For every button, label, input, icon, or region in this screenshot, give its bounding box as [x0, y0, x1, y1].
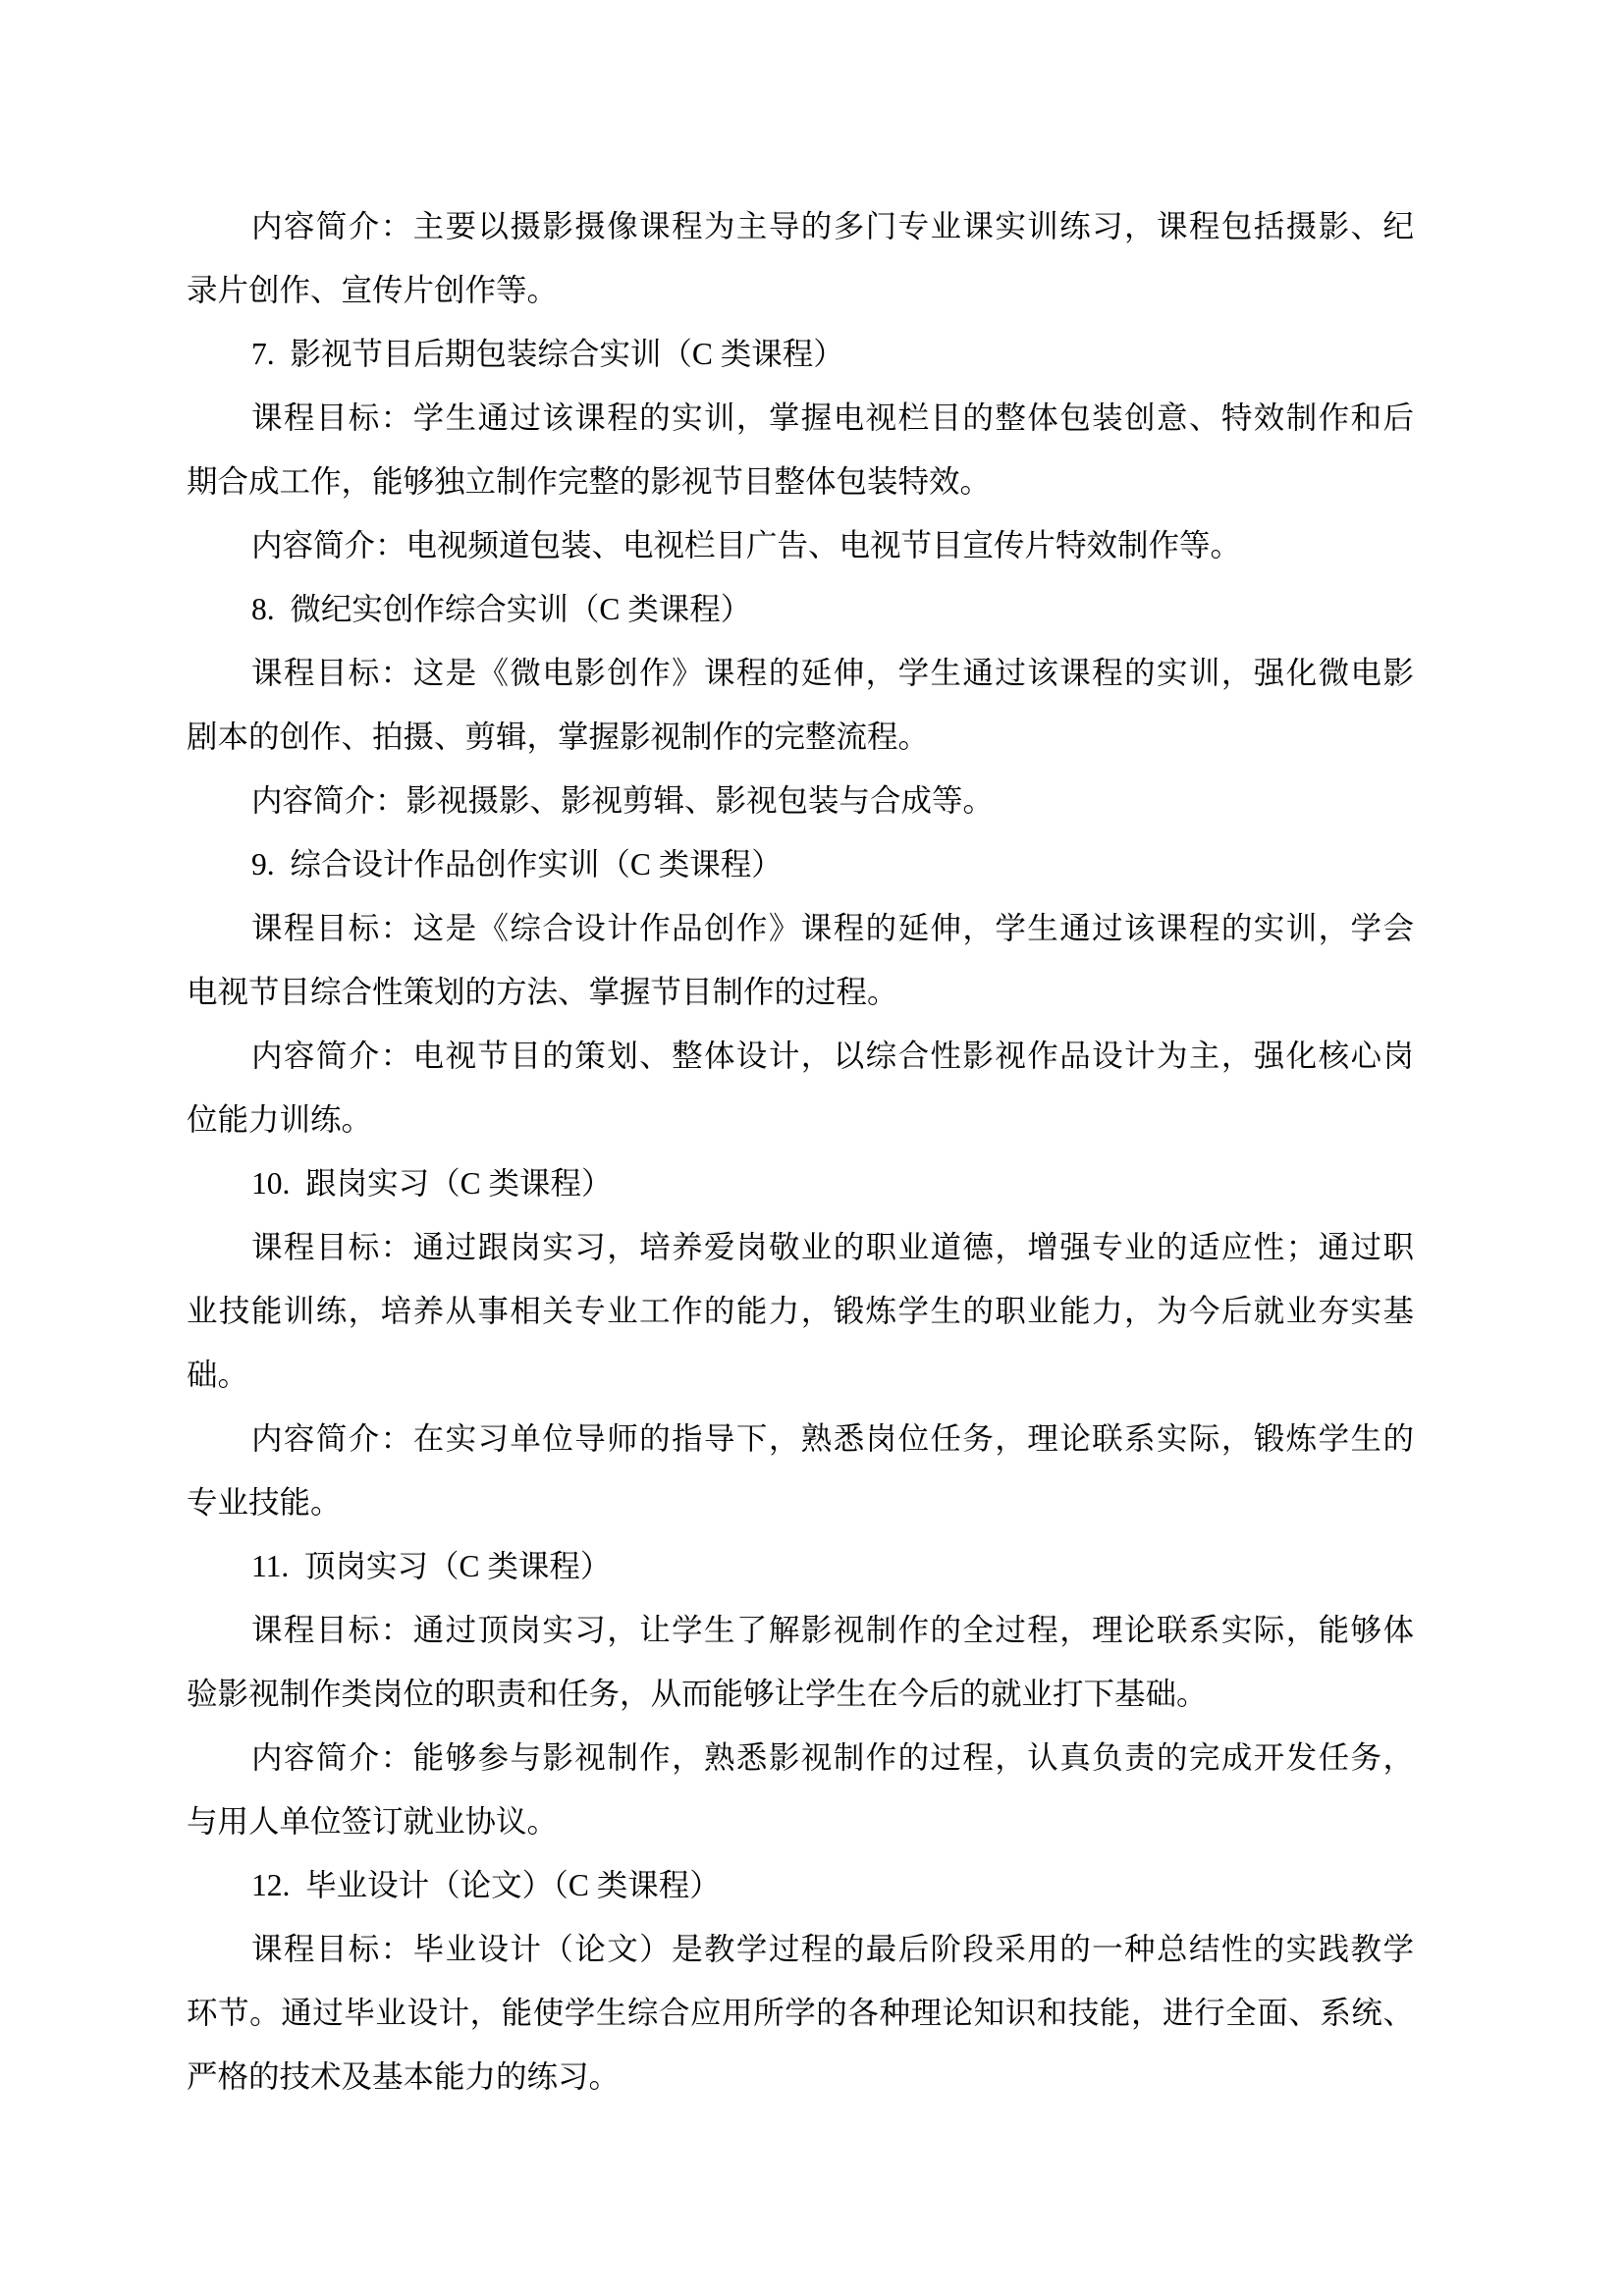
paragraph-line: 课程目标：通过跟岗实习，培养爱岗敬业的职业道德，增强专业的适应性；通过职	[187, 1215, 1414, 1279]
paragraph-line: 课程目标：这是《综合设计作品创作》课程的延伸，学生通过该课程的实训，学会	[187, 896, 1414, 960]
section-heading-line: 9. 综合设计作品创作实训（C 类课程）	[187, 832, 1414, 896]
paragraph-line: 内容简介：在实习单位导师的指导下，熟悉岗位任务，理论联系实际，锻炼学生的	[187, 1407, 1414, 1470]
paragraph-line: 课程目标：学生通过该课程的实训，掌握电视栏目的整体包装创意、特效制作和后	[187, 386, 1414, 450]
paragraph-line: 验影视制作类岗位的职责和任务，从而能够让学生在今后的就业打下基础。	[187, 1662, 1414, 1726]
section-heading-line: 7. 影视节目后期包装综合实训（C 类课程）	[187, 322, 1414, 386]
paragraph-line: 内容简介：电视节目的策划、整体设计，以综合性影视作品设计为主，强化核心岗	[187, 1024, 1414, 1088]
paragraph-line: 录片创作、宣传片创作等。	[187, 258, 1414, 322]
paragraph-line: 础。	[187, 1343, 1414, 1407]
paragraph-line: 期合成工作，能够独立制作完整的影视节目整体包装特效。	[187, 450, 1414, 513]
section-heading-line: 10. 跟岗实习（C 类课程）	[187, 1151, 1414, 1215]
paragraph-line: 业技能训练，培养从事相关专业工作的能力，锻炼学生的职业能力，为今后就业夯实基	[187, 1279, 1414, 1343]
section-heading-line: 11. 顶岗实习（C 类课程）	[187, 1534, 1414, 1598]
paragraph-line: 课程目标：通过顶岗实习，让学生了解影视制作的全过程，理论联系实际，能够体	[187, 1598, 1414, 1662]
section-heading-line: 8. 微纪实创作综合实训（C 类课程）	[187, 577, 1414, 641]
document-page: 内容简介：主要以摄影摄像课程为主导的多门专业课实训练习，课程包括摄影、纪录片创作…	[0, 0, 1624, 2296]
paragraph-line: 课程目标：这是《微电影创作》课程的延伸，学生通过该课程的实训，强化微电影	[187, 641, 1414, 705]
paragraph-line: 剧本的创作、拍摄、剪辑，掌握影视制作的完整流程。	[187, 705, 1414, 769]
paragraph-line: 内容简介：电视频道包装、电视栏目广告、电视节目宣传片特效制作等。	[187, 513, 1414, 577]
paragraph-line: 内容简介：能够参与影视制作，熟悉影视制作的过程，认真负责的完成开发任务，	[187, 1726, 1414, 1789]
section-heading-line: 12. 毕业设计（论文）（C 类课程）	[187, 1853, 1414, 1917]
paragraph-line: 专业技能。	[187, 1470, 1414, 1534]
document-body: 内容简介：主要以摄影摄像课程为主导的多门专业课实训练习，课程包括摄影、纪录片创作…	[187, 194, 1414, 2109]
paragraph-line: 内容简介：主要以摄影摄像课程为主导的多门专业课实训练习，课程包括摄影、纪	[187, 194, 1414, 258]
paragraph-line: 课程目标：毕业设计（论文）是教学过程的最后阶段采用的一种总结性的实践教学	[187, 1917, 1414, 1981]
paragraph-line: 电视节目综合性策划的方法、掌握节目制作的过程。	[187, 960, 1414, 1024]
paragraph-line: 环节。通过毕业设计，能使学生综合应用所学的各种理论知识和技能，进行全面、系统、	[187, 1981, 1414, 2045]
paragraph-line: 内容简介：影视摄影、影视剪辑、影视包装与合成等。	[187, 769, 1414, 832]
paragraph-line: 严格的技术及基本能力的练习。	[187, 2045, 1414, 2109]
paragraph-line: 与用人单位签订就业协议。	[187, 1789, 1414, 1853]
paragraph-line: 位能力训练。	[187, 1088, 1414, 1151]
